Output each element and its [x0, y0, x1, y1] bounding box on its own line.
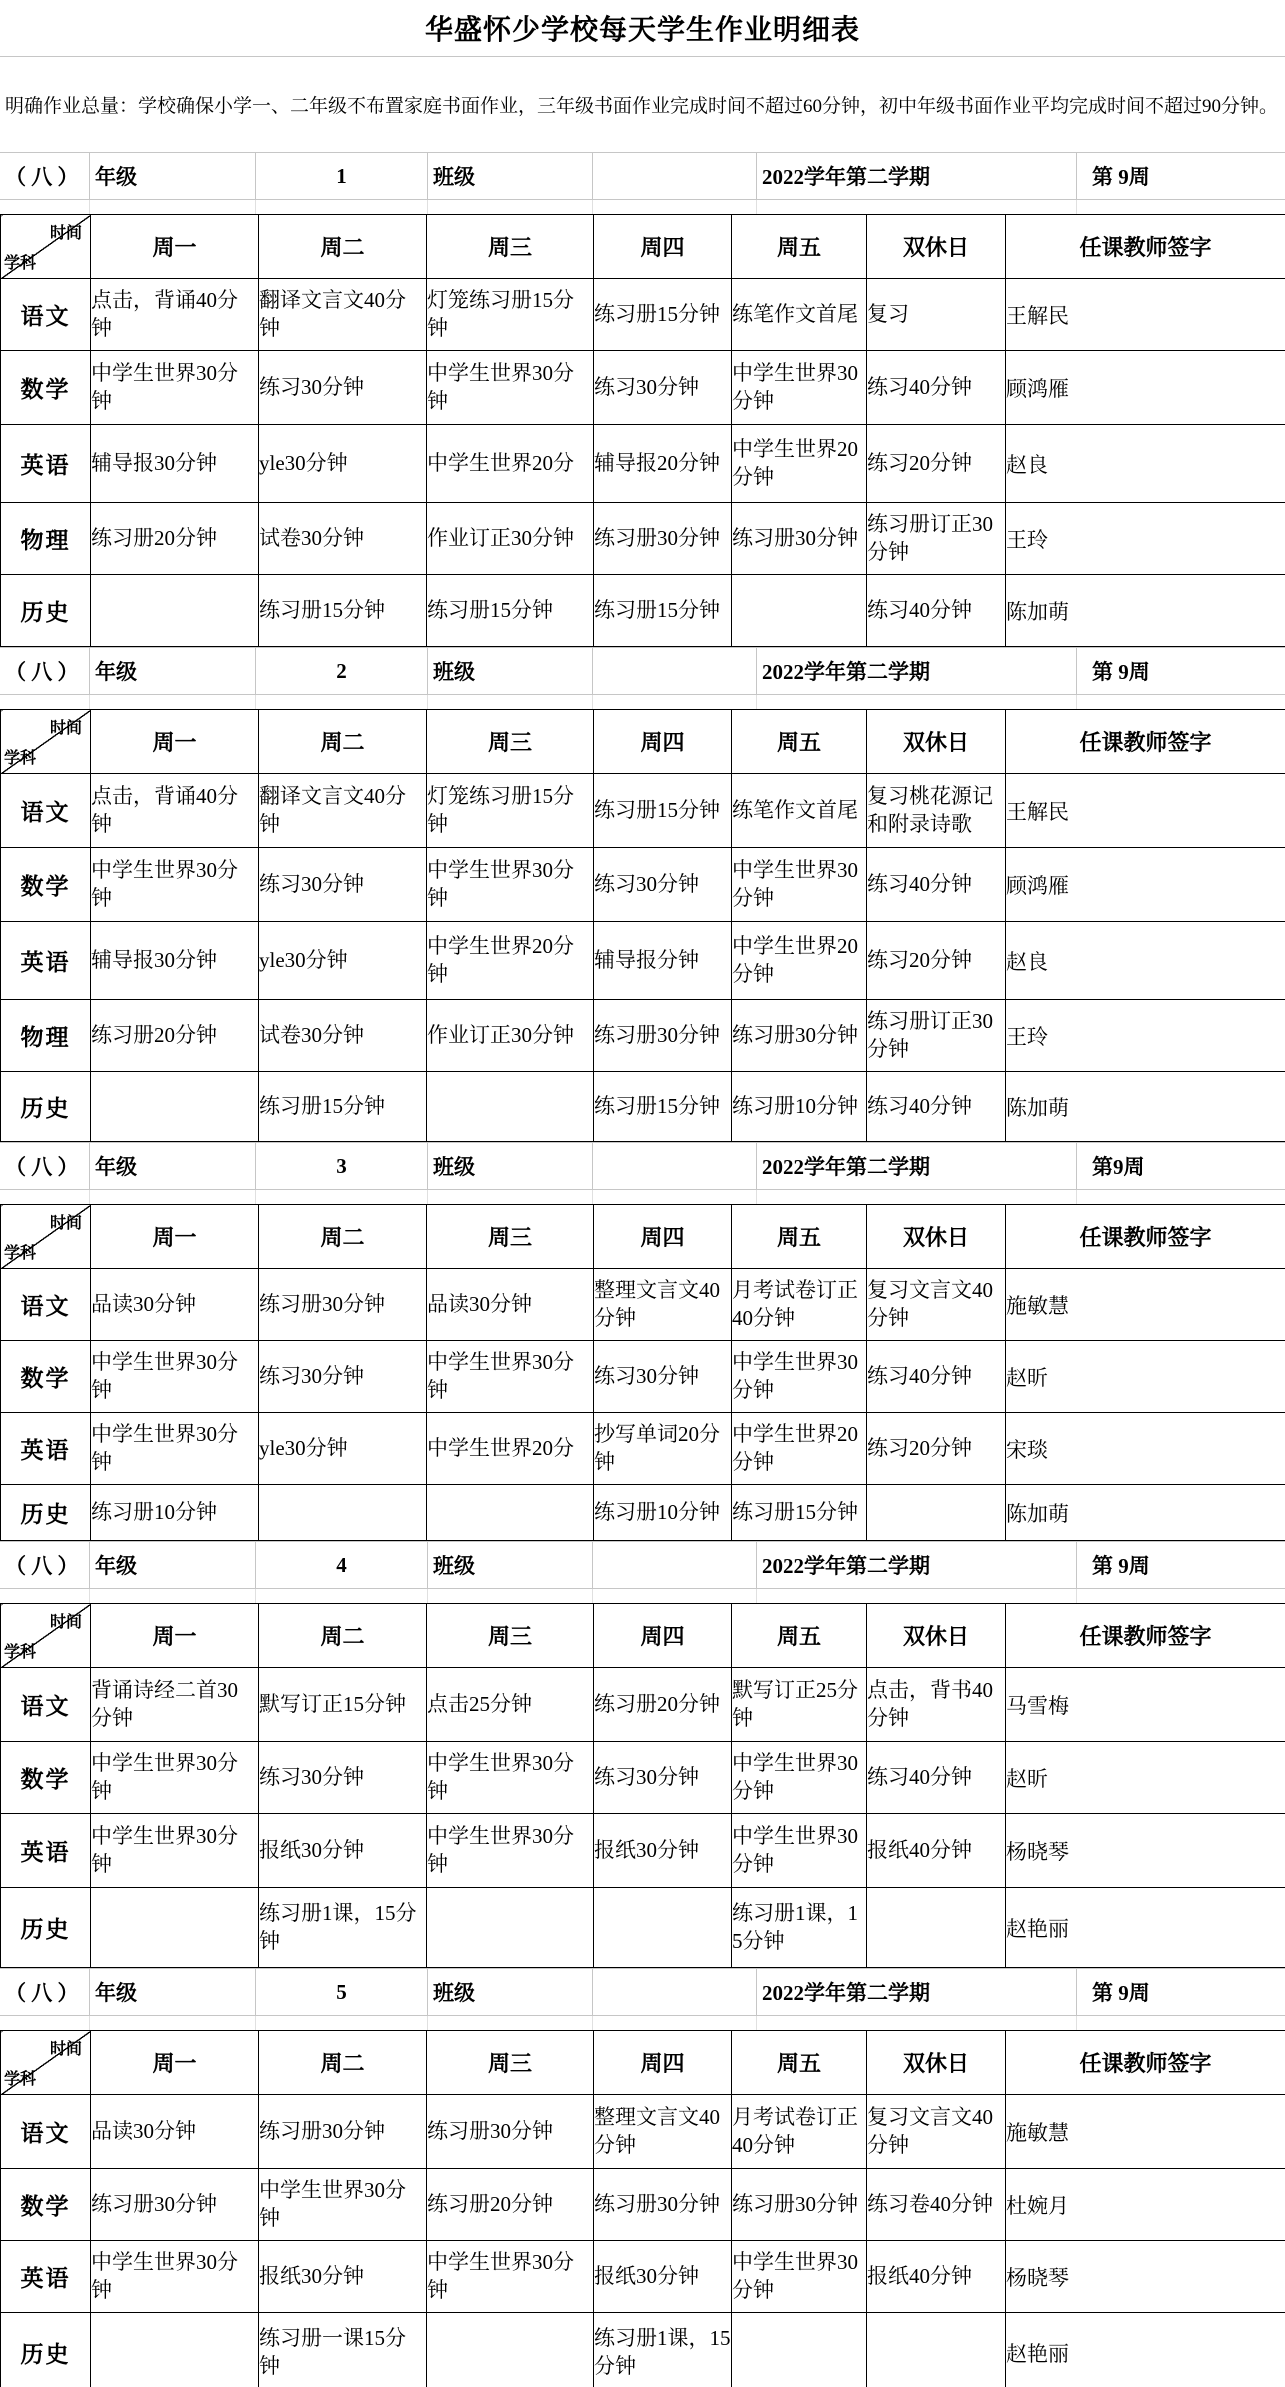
- spacer-cell: [593, 695, 757, 709]
- spacer-cell: [428, 200, 593, 214]
- teacher-cell: 杨晓琴: [1006, 2241, 1285, 2313]
- weekday-header: 周三: [427, 2031, 594, 2095]
- homework-cell: 练习册20分钟: [91, 1000, 259, 1072]
- homework-cell: 翻译文言文40分钟: [259, 279, 427, 351]
- homework-cell: 中学生世界30分钟: [427, 1814, 594, 1888]
- homework-cell: 中学生世界30分钟: [732, 351, 867, 425]
- homework-cell: 中学生世界30分钟: [259, 2169, 427, 2241]
- homework-cell: 练习册30分钟: [594, 1000, 732, 1072]
- homework-total-note: 明确作业总量：学校确保小学一、二年级不布置家庭书面作业，三年级书面作业完成时间不…: [0, 57, 1285, 152]
- homework-cell: 练习30分钟: [594, 1341, 732, 1413]
- homework-cell: 练习册15分钟: [594, 575, 732, 647]
- weekday-header-row: 时间学科周一周二周三周四周五双休日任课教师签字: [1, 1604, 1285, 1668]
- grade-label: 年级: [90, 1143, 256, 1189]
- subject-cell: 英语: [1, 922, 91, 1000]
- homework-cell: 练习册15分钟: [594, 774, 732, 848]
- spacer-cell: [256, 695, 428, 709]
- weekday-header: 周三: [427, 1604, 594, 1668]
- subject-row: 数学练习册30分钟中学生世界30分钟练习册20分钟练习册30分钟练习册30分钟练…: [1, 2169, 1285, 2241]
- homework-table: 时间学科周一周二周三周四周五双休日任课教师签字语文品读30分钟练习册30分钟品读…: [0, 1204, 1285, 1541]
- spacer-cell: [1077, 2016, 1285, 2030]
- homework-cell: 报纸40分钟: [867, 1814, 1006, 1888]
- homework-cell: [91, 1888, 259, 1968]
- class-label: 班级: [428, 1969, 593, 2015]
- homework-cell: 报纸30分钟: [594, 2241, 732, 2313]
- homework-cell: 练习30分钟: [594, 1742, 732, 1814]
- homework-cell: 中学生世界30分钟: [732, 1742, 867, 1814]
- subject-row: 语文品读30分钟练习册30分钟品读30分钟整理文言文40分钟月考试卷订正40分钟…: [1, 1269, 1285, 1341]
- homework-cell: [867, 1485, 1006, 1541]
- grade-label: 年级: [90, 1542, 256, 1588]
- term-label: 2022学年第二学期: [757, 1143, 1077, 1189]
- subject-row: 数学中学生世界30分钟练习30分钟中学生世界30分钟练习30分钟中学生世界30分…: [1, 351, 1285, 425]
- homework-cell: 练习册20分钟: [427, 2169, 594, 2241]
- spacer-cell: [757, 200, 1077, 214]
- homework-cell: 抄写单词20分钟: [594, 1413, 732, 1485]
- grade-paren-label: （ 八 ）: [0, 1542, 90, 1588]
- homework-cell: [91, 2313, 259, 2387]
- homework-cell: 中学生世界20分钟: [427, 922, 594, 1000]
- subject-cell: 语文: [1, 774, 91, 848]
- homework-cell: 练习册15分钟: [594, 279, 732, 351]
- homework-cell: 练习册1课，15分钟: [259, 1888, 427, 1968]
- subject-row: 英语中学生世界30分钟报纸30分钟中学生世界30分钟报纸30分钟中学生世界30分…: [1, 1814, 1285, 1888]
- teacher-cell: 顾鸿雁: [1006, 848, 1285, 922]
- homework-cell: 点击25分钟: [427, 1668, 594, 1742]
- week-label: 第9周: [1077, 1143, 1285, 1189]
- weekday-header: 周一: [91, 215, 259, 279]
- class-number: 2: [256, 648, 428, 694]
- weekday-header: 周三: [427, 1205, 594, 1269]
- homework-cell: [427, 2313, 594, 2387]
- homework-cell: 灯笼练习册15分钟: [427, 774, 594, 848]
- spacer-cell: [256, 200, 428, 214]
- homework-cell: 练习40分钟: [867, 575, 1006, 647]
- weekday-header: 双休日: [867, 2031, 1006, 2095]
- week-label: 第 9周: [1077, 648, 1285, 694]
- subject-cell: 英语: [1, 1413, 91, 1485]
- spacer-cell: [1077, 695, 1285, 709]
- homework-cell: [91, 1072, 259, 1142]
- section-info-row: （ 八 ）年级2班级2022学年第二学期第 9周: [0, 647, 1285, 695]
- homework-cell: 作业订正30分钟: [427, 503, 594, 575]
- homework-cell: 练笔作文首尾: [732, 279, 867, 351]
- homework-cell: 中学生世界30分钟: [91, 2241, 259, 2313]
- weekday-header: 周一: [91, 2031, 259, 2095]
- homework-cell: [732, 575, 867, 647]
- grade-paren-label: （ 八 ）: [0, 1143, 90, 1189]
- subject-cell: 历史: [1, 1072, 91, 1142]
- subject-cell: 英语: [1, 1814, 91, 1888]
- weekday-header: 周一: [91, 1604, 259, 1668]
- homework-cell: 默写订正25分钟: [732, 1668, 867, 1742]
- weekday-header: 周四: [594, 1205, 732, 1269]
- homework-cell: 练习册10分钟: [732, 1072, 867, 1142]
- homework-cell: 中学生世界30分钟: [732, 1341, 867, 1413]
- corner-time-label: 时间: [50, 2036, 82, 2059]
- weekday-header: 周一: [91, 1205, 259, 1269]
- spacer-cell: [90, 695, 256, 709]
- corner-subject-label: 学科: [4, 745, 36, 768]
- teacher-signature-header: 任课教师签字: [1006, 215, 1285, 279]
- homework-table: 时间学科周一周二周三周四周五双休日任课教师签字语文品读30分钟练习册30分钟练习…: [0, 2030, 1285, 2387]
- homework-cell: 练习册30分钟: [259, 2095, 427, 2169]
- teacher-signature-header: 任课教师签字: [1006, 2031, 1285, 2095]
- homework-cell: yle30分钟: [259, 425, 427, 503]
- homework-cell: 练习40分钟: [867, 848, 1006, 922]
- homework-cell: 品读30分钟: [427, 1269, 594, 1341]
- page-title: 华盛怀少学校每天学生作业明细表: [0, 0, 1285, 57]
- homework-cell: 练习册30分钟: [594, 503, 732, 575]
- spacer-cell: [428, 1190, 593, 1204]
- spacer-cell: [757, 1589, 1077, 1603]
- homework-table: 时间学科周一周二周三周四周五双休日任课教师签字语文点击，背诵40分钟翻译文言文4…: [0, 709, 1285, 1142]
- weekday-header: 周一: [91, 710, 259, 774]
- homework-cell: 中学生世界30分钟: [732, 848, 867, 922]
- homework-cell: 中学生世界30分钟: [91, 1413, 259, 1485]
- corner-time-label: 时间: [50, 220, 82, 243]
- homework-cell: 中学生世界30分钟: [732, 2241, 867, 2313]
- homework-cell: 中学生世界30分钟: [91, 351, 259, 425]
- homework-cell: 品读30分钟: [91, 1269, 259, 1341]
- subject-row: 历史练习册1课，15分钟练习册1课，15分钟赵艳丽: [1, 1888, 1285, 1968]
- subject-cell: 语文: [1, 279, 91, 351]
- subject-row: 英语中学生世界30分钟报纸30分钟中学生世界30分钟报纸30分钟中学生世界30分…: [1, 2241, 1285, 2313]
- homework-cell: 作业订正30分钟: [427, 1000, 594, 1072]
- homework-cell: 辅导报30分钟: [91, 922, 259, 1000]
- homework-cell: [594, 1888, 732, 1968]
- homework-cell: 背诵诗经二首30分钟: [91, 1668, 259, 1742]
- empty-info-cell: [593, 1542, 757, 1588]
- time-subject-corner-cell: 时间学科: [1, 215, 91, 279]
- teacher-cell: 王玲: [1006, 503, 1285, 575]
- homework-cell: 练习30分钟: [594, 351, 732, 425]
- homework-cell: 报纸30分钟: [594, 1814, 732, 1888]
- section-info-row: （ 八 ）年级5班级2022学年第二学期第 9周: [0, 1968, 1285, 2016]
- homework-cell: yle30分钟: [259, 922, 427, 1000]
- teacher-cell: 王玲: [1006, 1000, 1285, 1072]
- teacher-cell: 顾鸿雁: [1006, 351, 1285, 425]
- homework-cell: 整理文言文40分钟: [594, 1269, 732, 1341]
- subject-cell: 语文: [1, 2095, 91, 2169]
- week-label: 第 9周: [1077, 153, 1285, 199]
- spacer-cell: [90, 200, 256, 214]
- homework-cell: 练习20分钟: [867, 425, 1006, 503]
- weekday-header: 周五: [732, 2031, 867, 2095]
- empty-info-cell: [593, 153, 757, 199]
- weekday-header: 周五: [732, 215, 867, 279]
- homework-cell: 默写订正15分钟: [259, 1668, 427, 1742]
- section-info-row: （ 八 ）年级1班级2022学年第二学期第 9周: [0, 152, 1285, 200]
- spacer-row: [0, 200, 1285, 214]
- homework-cell: 试卷30分钟: [259, 1000, 427, 1072]
- weekday-header-row: 时间学科周一周二周三周四周五双休日任课教师签字: [1, 2031, 1285, 2095]
- spacer-cell: [90, 1190, 256, 1204]
- corner-time-label: 时间: [50, 1210, 82, 1233]
- homework-cell: 练习册订正30分钟: [867, 1000, 1006, 1072]
- grade-paren-label: （ 八 ）: [0, 153, 90, 199]
- time-subject-corner-cell: 时间学科: [1, 1604, 91, 1668]
- homework-cell: 试卷30分钟: [259, 503, 427, 575]
- homework-cell: 报纸30分钟: [259, 2241, 427, 2313]
- teacher-cell: 赵昕: [1006, 1341, 1285, 1413]
- homework-cell: 练习册10分钟: [594, 1485, 732, 1541]
- homework-cell: 复习文言文40分钟: [867, 2095, 1006, 2169]
- class-label: 班级: [428, 648, 593, 694]
- spacer-cell: [0, 1589, 90, 1603]
- weekday-header: 周四: [594, 2031, 732, 2095]
- spacer-row: [0, 1589, 1285, 1603]
- teacher-cell: 杨晓琴: [1006, 1814, 1285, 1888]
- teacher-cell: 宋琰: [1006, 1413, 1285, 1485]
- weekday-header: 周二: [259, 1205, 427, 1269]
- grade-label: 年级: [90, 1969, 256, 2015]
- subject-row: 英语辅导报30分钟yle30分钟中学生世界20分钟辅导报分钟中学生世界20分钟练…: [1, 922, 1285, 1000]
- homework-cell: 点击，背诵40分钟: [91, 774, 259, 848]
- subject-cell: 物理: [1, 1000, 91, 1072]
- subject-row: 语文品读30分钟练习册30分钟练习册30分钟整理文言文40分钟月考试卷订正40分…: [1, 2095, 1285, 2169]
- term-label: 2022学年第二学期: [757, 1969, 1077, 2015]
- homework-cell: yle30分钟: [259, 1413, 427, 1485]
- homework-cell: 练习册30分钟: [427, 2095, 594, 2169]
- subject-row: 历史练习册15分钟练习册15分钟练习册10分钟练习40分钟陈加萌: [1, 1072, 1285, 1142]
- homework-cell: 练习册30分钟: [732, 2169, 867, 2241]
- grade-label: 年级: [90, 648, 256, 694]
- weekday-header: 周四: [594, 215, 732, 279]
- week-label: 第 9周: [1077, 1542, 1285, 1588]
- subject-row: 英语辅导报30分钟yle30分钟中学生世界20分辅导报20分钟中学生世界20分钟…: [1, 425, 1285, 503]
- homework-cell: 练习册15分钟: [594, 1072, 732, 1142]
- spacer-cell: [593, 1589, 757, 1603]
- subject-cell: 数学: [1, 351, 91, 425]
- subject-cell: 语文: [1, 1269, 91, 1341]
- weekday-header: 周五: [732, 1604, 867, 1668]
- homework-cell: 练习30分钟: [259, 1742, 427, 1814]
- subject-cell: 语文: [1, 1668, 91, 1742]
- weekday-header-row: 时间学科周一周二周三周四周五双休日任课教师签字: [1, 215, 1285, 279]
- spacer-cell: [428, 2016, 593, 2030]
- spacer-cell: [0, 1190, 90, 1204]
- homework-cell: 练习30分钟: [259, 1341, 427, 1413]
- homework-cell: 报纸30分钟: [259, 1814, 427, 1888]
- weekday-header: 双休日: [867, 1205, 1006, 1269]
- subject-row: 语文背诵诗经二首30分钟默写订正15分钟点击25分钟练习册20分钟默写订正25分…: [1, 1668, 1285, 1742]
- teacher-cell: 赵昕: [1006, 1742, 1285, 1814]
- subject-cell: 数学: [1, 1742, 91, 1814]
- homework-cell: 中学生世界30分钟: [427, 351, 594, 425]
- homework-cell: 中学生世界20分钟: [732, 1413, 867, 1485]
- teacher-cell: 马雪梅: [1006, 1668, 1285, 1742]
- subject-cell: 历史: [1, 2313, 91, 2387]
- weekday-header-row: 时间学科周一周二周三周四周五双休日任课教师签字: [1, 1205, 1285, 1269]
- empty-info-cell: [593, 1969, 757, 2015]
- subject-row: 历史练习册15分钟练习册15分钟练习册15分钟练习40分钟陈加萌: [1, 575, 1285, 647]
- homework-cell: 练习册30分钟: [732, 503, 867, 575]
- class-number: 5: [256, 1969, 428, 2015]
- grade-paren-label: （ 八 ）: [0, 1969, 90, 2015]
- homework-cell: 练习册15分钟: [427, 575, 594, 647]
- homework-table: 时间学科周一周二周三周四周五双休日任课教师签字语文点击，背诵40分钟翻译文言文4…: [0, 214, 1285, 647]
- homework-cell: 练习册15分钟: [732, 1485, 867, 1541]
- spacer-cell: [1077, 1589, 1285, 1603]
- corner-time-label: 时间: [50, 715, 82, 738]
- teacher-cell: 赵良: [1006, 425, 1285, 503]
- section-info-row: （ 八 ）年级4班级2022学年第二学期第 9周: [0, 1541, 1285, 1589]
- homework-cell: 品读30分钟: [91, 2095, 259, 2169]
- subject-row: 物理练习册20分钟试卷30分钟作业订正30分钟练习册30分钟练习册30分钟练习册…: [1, 503, 1285, 575]
- homework-cell: 复习: [867, 279, 1006, 351]
- homework-table: 时间学科周一周二周三周四周五双休日任课教师签字语文背诵诗经二首30分钟默写订正1…: [0, 1603, 1285, 1968]
- homework-sheet: 华盛怀少学校每天学生作业明细表 明确作业总量：学校确保小学一、二年级不布置家庭书…: [0, 0, 1285, 2387]
- homework-cell: 月考试卷订正40分钟: [732, 1269, 867, 1341]
- homework-cell: 中学生世界20分: [427, 1413, 594, 1485]
- homework-cell: 练习册订正30分钟: [867, 503, 1006, 575]
- subject-cell: 历史: [1, 575, 91, 647]
- homework-cell: [427, 1485, 594, 1541]
- spacer-row: [0, 2016, 1285, 2030]
- homework-cell: 练习册15分钟: [259, 1072, 427, 1142]
- homework-cell: 复习文言文40分钟: [867, 1269, 1006, 1341]
- homework-cell: 点击，背书40分钟: [867, 1668, 1006, 1742]
- spacer-row: [0, 1190, 1285, 1204]
- homework-cell: [867, 2313, 1006, 2387]
- homework-cell: [427, 1888, 594, 1968]
- spacer-cell: [256, 1589, 428, 1603]
- homework-cell: 灯笼练习册15分钟: [427, 279, 594, 351]
- homework-cell: 练习30分钟: [259, 848, 427, 922]
- spacer-cell: [1077, 200, 1285, 214]
- spacer-cell: [90, 2016, 256, 2030]
- subject-row: 物理练习册20分钟试卷30分钟作业订正30分钟练习册30分钟练习册30分钟练习册…: [1, 1000, 1285, 1072]
- homework-cell: 辅导报20分钟: [594, 425, 732, 503]
- homework-cell: 中学生世界30分钟: [427, 848, 594, 922]
- weekday-header: 双休日: [867, 215, 1006, 279]
- subject-row: 数学中学生世界30分钟练习30分钟中学生世界30分钟练习30分钟中学生世界30分…: [1, 1341, 1285, 1413]
- homework-cell: 练习册1课，15分钟: [732, 1888, 867, 1968]
- spacer-cell: [256, 1190, 428, 1204]
- weekday-header: 周五: [732, 1205, 867, 1269]
- homework-cell: 点击，背诵40分钟: [91, 279, 259, 351]
- homework-cell: 练习册10分钟: [91, 1485, 259, 1541]
- homework-cell: 中学生世界30分钟: [732, 1814, 867, 1888]
- homework-cell: 复习桃花源记和附录诗歌: [867, 774, 1006, 848]
- homework-cell: 辅导报30分钟: [91, 425, 259, 503]
- subject-cell: 英语: [1, 2241, 91, 2313]
- teacher-signature-header: 任课教师签字: [1006, 710, 1285, 774]
- subject-cell: 数学: [1, 848, 91, 922]
- subject-row: 语文点击，背诵40分钟翻译文言文40分钟灯笼练习册15分钟练习册15分钟练笔作文…: [1, 774, 1285, 848]
- homework-cell: 练习40分钟: [867, 1341, 1006, 1413]
- homework-cell: 练习30分钟: [259, 351, 427, 425]
- homework-cell: 练习20分钟: [867, 922, 1006, 1000]
- homework-cell: [427, 1072, 594, 1142]
- weekday-header: 周四: [594, 710, 732, 774]
- spacer-cell: [757, 1190, 1077, 1204]
- spacer-cell: [593, 1190, 757, 1204]
- corner-subject-label: 学科: [4, 1639, 36, 1662]
- corner-subject-label: 学科: [4, 250, 36, 273]
- subject-row: 数学中学生世界30分钟练习30分钟中学生世界30分钟练习30分钟中学生世界30分…: [1, 848, 1285, 922]
- sections-container: （ 八 ）年级1班级2022学年第二学期第 9周时间学科周一周二周三周四周五双休…: [0, 152, 1285, 2387]
- homework-cell: 整理文言文40分钟: [594, 2095, 732, 2169]
- class-label: 班级: [428, 1143, 593, 1189]
- term-label: 2022学年第二学期: [757, 648, 1077, 694]
- homework-cell: 练习册15分钟: [259, 575, 427, 647]
- subject-cell: 数学: [1, 2169, 91, 2241]
- class-number: 3: [256, 1143, 428, 1189]
- subject-row: 语文点击，背诵40分钟翻译文言文40分钟灯笼练习册15分钟练习册15分钟练笔作文…: [1, 279, 1285, 351]
- weekday-header: 周三: [427, 215, 594, 279]
- corner-subject-label: 学科: [4, 2066, 36, 2089]
- homework-cell: 练习册30分钟: [91, 2169, 259, 2241]
- homework-cell: 练习册一课15分钟: [259, 2313, 427, 2387]
- weekday-header: 周二: [259, 215, 427, 279]
- teacher-signature-header: 任课教师签字: [1006, 1205, 1285, 1269]
- section-info-row: （ 八 ）年级3班级2022学年第二学期第9周: [0, 1142, 1285, 1190]
- homework-cell: 中学生世界30分钟: [427, 1742, 594, 1814]
- homework-cell: 练习卷40分钟: [867, 2169, 1006, 2241]
- weekday-header: 周三: [427, 710, 594, 774]
- term-label: 2022学年第二学期: [757, 153, 1077, 199]
- homework-cell: 月考试卷订正40分钟: [732, 2095, 867, 2169]
- homework-cell: 中学生世界30分钟: [427, 1341, 594, 1413]
- teacher-cell: 赵艳丽: [1006, 1888, 1285, 1968]
- spacer-cell: [0, 200, 90, 214]
- teacher-cell: 杜婉月: [1006, 2169, 1285, 2241]
- corner-subject-label: 学科: [4, 1240, 36, 1263]
- teacher-signature-header: 任课教师签字: [1006, 1604, 1285, 1668]
- term-label: 2022学年第二学期: [757, 1542, 1077, 1588]
- weekday-header: 周二: [259, 2031, 427, 2095]
- weekday-header: 双休日: [867, 710, 1006, 774]
- homework-cell: [732, 2313, 867, 2387]
- weekday-header: 周二: [259, 1604, 427, 1668]
- homework-cell: 练习40分钟: [867, 1072, 1006, 1142]
- weekday-header: 周五: [732, 710, 867, 774]
- subject-cell: 数学: [1, 1341, 91, 1413]
- time-subject-corner-cell: 时间学科: [1, 2031, 91, 2095]
- class-label: 班级: [428, 153, 593, 199]
- homework-cell: 中学生世界20分钟: [732, 425, 867, 503]
- spacer-cell: [90, 1589, 256, 1603]
- grade-label: 年级: [90, 153, 256, 199]
- homework-cell: 报纸40分钟: [867, 2241, 1006, 2313]
- homework-cell: 中学生世界30分钟: [91, 1341, 259, 1413]
- empty-info-cell: [593, 1143, 757, 1189]
- homework-cell: 中学生世界20分钟: [732, 922, 867, 1000]
- spacer-cell: [0, 2016, 90, 2030]
- homework-cell: 练习册30分钟: [594, 2169, 732, 2241]
- spacer-row: [0, 695, 1285, 709]
- teacher-cell: 施敏慧: [1006, 2095, 1285, 2169]
- homework-cell: 中学生世界30分钟: [91, 1742, 259, 1814]
- week-label: 第 9周: [1077, 1969, 1285, 2015]
- homework-cell: 练笔作文首尾: [732, 774, 867, 848]
- class-label: 班级: [428, 1542, 593, 1588]
- weekday-header: 周四: [594, 1604, 732, 1668]
- homework-cell: 辅导报分钟: [594, 922, 732, 1000]
- teacher-cell: 赵良: [1006, 922, 1285, 1000]
- grade-paren-label: （ 八 ）: [0, 648, 90, 694]
- spacer-cell: [256, 2016, 428, 2030]
- spacer-cell: [428, 1589, 593, 1603]
- time-subject-corner-cell: 时间学科: [1, 710, 91, 774]
- homework-cell: [91, 575, 259, 647]
- homework-cell: 翻译文言文40分钟: [259, 774, 427, 848]
- homework-cell: 中学生世界30分钟: [427, 2241, 594, 2313]
- homework-cell: 练习40分钟: [867, 1742, 1006, 1814]
- homework-cell: 练习30分钟: [594, 848, 732, 922]
